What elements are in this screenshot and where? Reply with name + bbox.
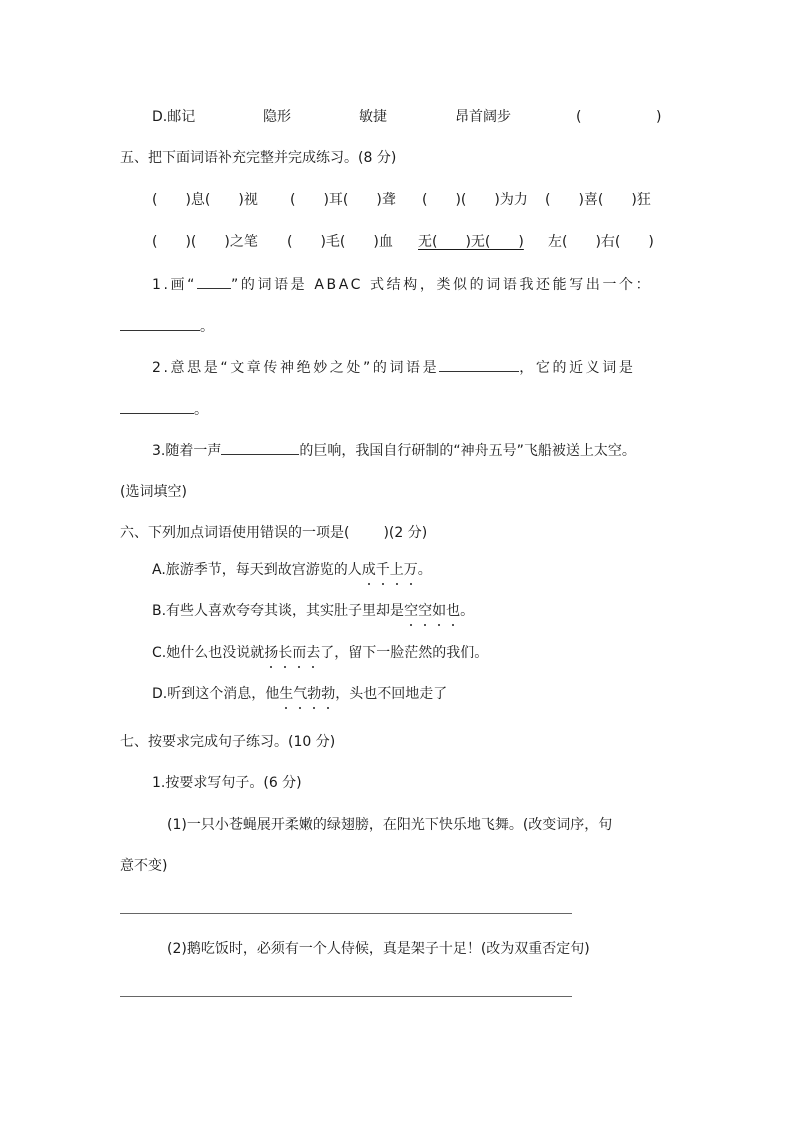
section-5-q2: 2.意思是“文章传神绝妙之处”的词语是，它的近义词是 [152,357,635,377]
idiom-blank[interactable]: 左( )右( ) [548,232,654,252]
section-5-q3-note: (选词填空) [120,482,187,502]
section-7-item2: (2)鹅吃饭时，必须有一个人侍候，真是架子十足！(改为双重否定句) [167,939,590,959]
section-7-title: 七、按要求完成句子练习。(10 分) [120,732,335,752]
answer-blank[interactable] [221,440,299,455]
section-7-sub1: 1.按要求写句子。(6 分) [152,773,302,793]
idiom-blank[interactable]: ( )耳( )聋 [290,190,396,210]
section-7-item1: (1)一只小苍蝇展开柔嫩的绿翅膀，在阳光下快乐地飞舞。(改变词序，句 [167,815,612,835]
answer-blank[interactable] [120,399,194,414]
section-5-title: 五、把下面词语补充完整并完成练习。(8 分) [120,148,396,168]
option-d-word-3: 昂首阔步 [455,107,511,127]
answer-blank[interactable] [439,357,519,372]
section-5-q3: 3.随着一声的巨响，我国自行研制的“神舟五号”飞船被送上太空。 [152,440,636,460]
section-6-option-b[interactable]: B.有些人喜欢夸夸其谈，其实肚子里却是空空如也。 [152,601,474,621]
dotted-phrase: 空空如也 [404,603,460,619]
idiom-blank[interactable]: ( )( )之笔 [152,232,258,252]
section-6-option-c[interactable]: C.她什么也没说就扬长而去了，留下一脸茫然的我们。 [152,643,488,663]
answer-line[interactable] [120,996,572,997]
answer-line[interactable] [120,913,572,914]
option-d-word-1: 隐形 [263,107,291,127]
dotted-phrase: 生气勃勃 [279,686,335,702]
dotted-phrase: 成千上万 [362,562,418,578]
idiom-blank-underlined[interactable]: 无( )无( ) [418,232,524,252]
idiom-blank[interactable]: ( )喜( )狂 [545,190,651,210]
section-6-option-d[interactable]: D.听到这个消息，他生气勃勃，头也不回地走了 [152,684,447,704]
answer-blank[interactable] [197,274,231,289]
answer-paren-open: ( [576,107,581,127]
idiom-blank[interactable]: ( )息( )视 [152,190,258,210]
section-5-q1-answer: 。 [120,316,214,336]
answer-paren-close: ) [656,107,661,127]
section-6-option-a[interactable]: A.旅游季节，每天到故宫游览的人成千上万。 [152,560,432,580]
idiom-blank[interactable]: ( )毛( )血 [287,232,393,252]
section-7-item1-cont: 意不变) [120,856,167,876]
option-d-word-2: 敏捷 [359,107,387,127]
dotted-phrase: 扬长而去 [264,645,320,661]
answer-blank[interactable] [120,316,200,331]
option-d-label: D.邮记 [152,107,195,127]
section-5-q1: 1.画“”的词语是 ABAC 式结构，类似的词语我还能写出一个： [152,274,652,294]
section-6-title: 六、下列加点词语使用错误的一项是()(2 分) [120,523,427,543]
section-5-q2-answer: 。 [120,399,208,419]
idiom-blank[interactable]: ( )( )为力 [422,190,528,210]
